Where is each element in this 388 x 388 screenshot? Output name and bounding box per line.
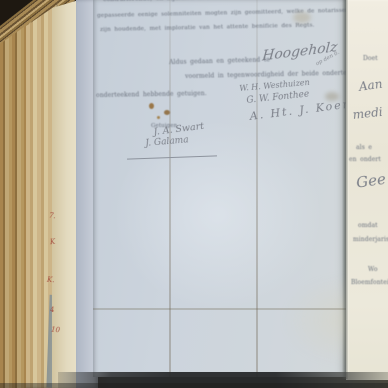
red-edge-mark: 7. [48,212,56,221]
paper-stain [325,92,339,101]
paper-stain [293,12,311,23]
archival-photo: 7. K K. 4 10 contrarierende; en bijaldie… [0,0,388,388]
page-discoloration [283,275,346,365]
fold-crease-vertical [169,0,171,377]
printed-fragment: als e [356,144,372,151]
printed-fragment: omdat [358,222,378,229]
printed-fragment: Bloemfontei [351,279,388,286]
printed-line: zijn houdende, met imploratie van het at… [100,23,315,34]
ink-stain [164,110,170,115]
ink-stain [149,103,154,109]
ink-stain [157,116,160,119]
printed-line-cutoff: contrarierende; en bijaldien in het [103,0,217,3]
printed-closing-line: Aldus gedaan en geteekend te [169,56,270,66]
printed-fragment: minderjaris [353,236,388,243]
printed-closing-line: voormeld in tegenwoordigheid der beide o… [185,69,346,80]
printed-closing-line: onderteekend hebbende getuigen. [96,90,207,99]
handwritten-fragment: Gee [355,170,387,192]
page-highlight [113,120,323,310]
red-edge-mark: K. [47,276,55,285]
printed-fragment: en ondert [349,156,381,163]
deed-page: contrarierende; en bijaldien in het gepa… [93,0,346,377]
handwritten-fragment: Aan [358,77,383,94]
red-edge-mark: K [50,238,56,247]
red-edge-mark: 4 [50,306,55,314]
handwritten-fragment: medi [352,105,383,122]
fold-crease-horizontal [93,308,346,310]
red-edge-mark: 10 [51,326,61,335]
bottom-edge-shadow [0,383,388,388]
printed-fragment: Doet [363,55,378,62]
printed-fragment: Wo [368,266,378,273]
adjacent-page: Doet Aan medi als e en ondert Gee omdat … [346,0,388,380]
page-gap-shadow [342,0,348,379]
